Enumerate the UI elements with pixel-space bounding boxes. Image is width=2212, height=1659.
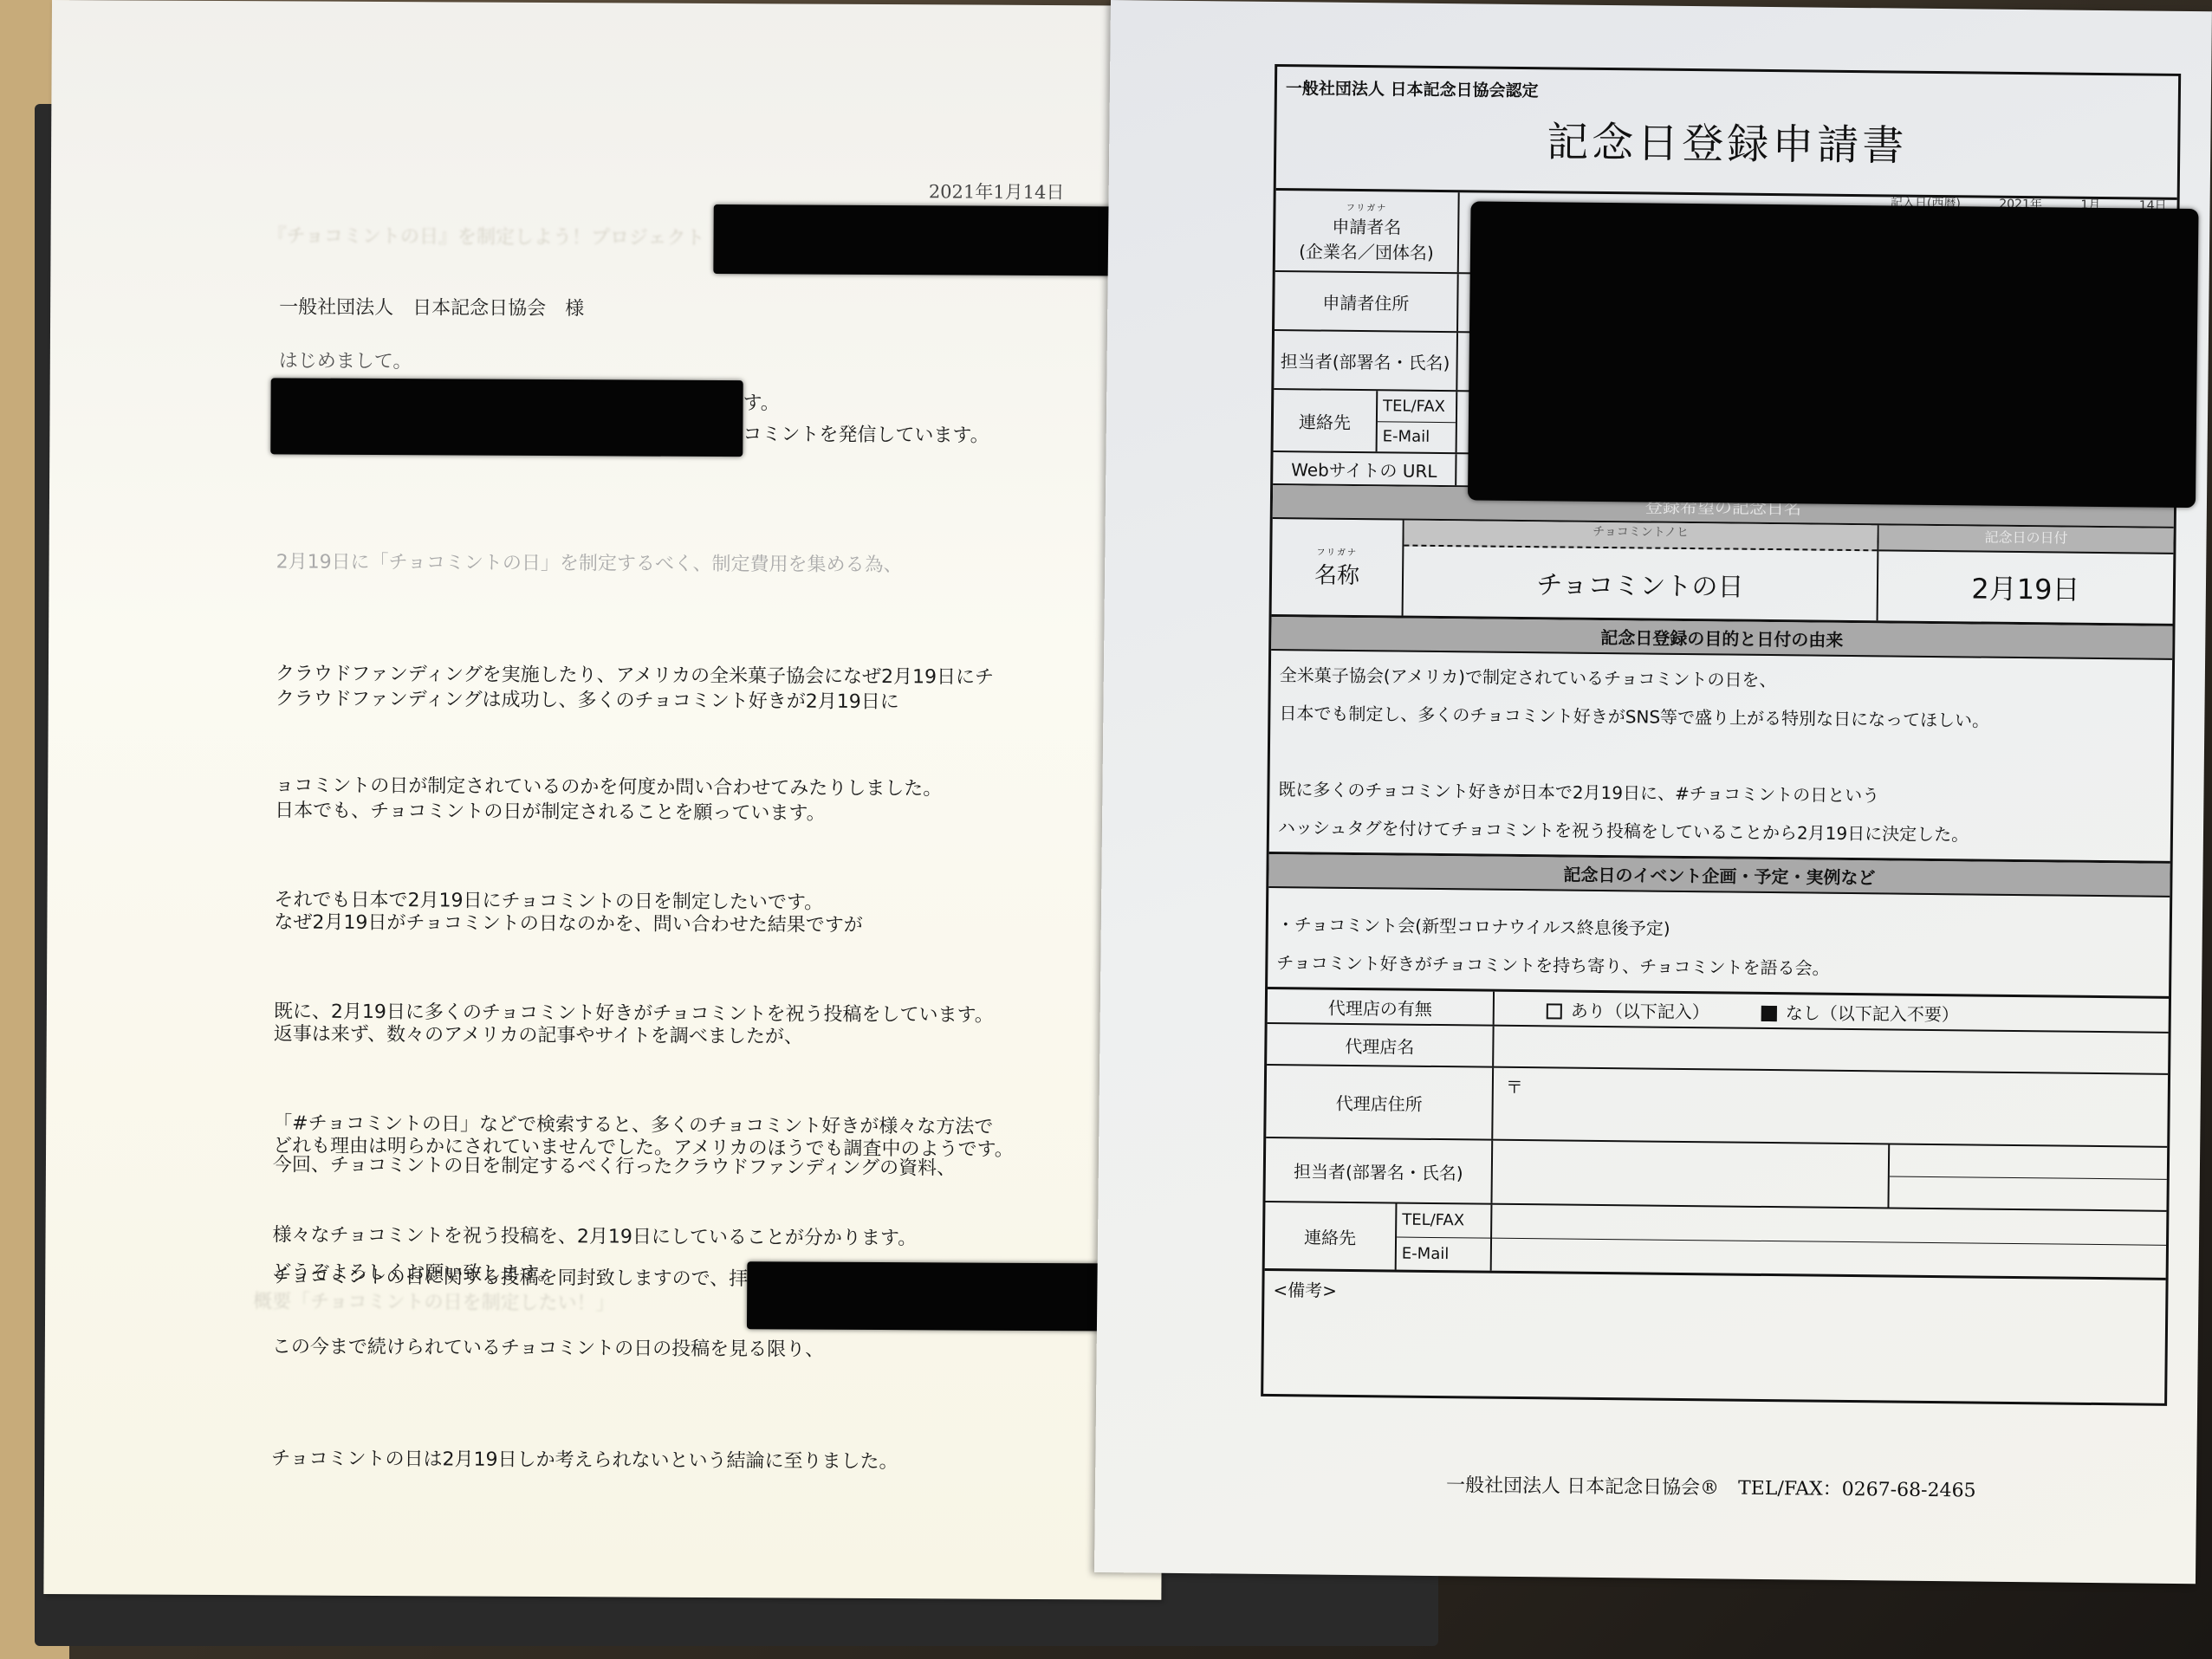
agency-address-field[interactable]: 〒	[1493, 1068, 2168, 1146]
anniversary-name: チョコミントの日	[1404, 547, 1878, 621]
applicant-name-label: フリガナ 申請者名 (企業名／団体名)	[1275, 191, 1460, 272]
letter-line: クラウドファンディングは成功し、多くのチョコミント好きが2月19日に	[276, 680, 1016, 721]
letter-line: それでも日本で2月19日にチョコミントの日を制定したいです。	[274, 881, 994, 922]
redaction-block	[747, 1261, 1137, 1331]
agency-contact-person-row: 担当者(部署名・氏名)	[1265, 1138, 2167, 1212]
agency-no-checkbox[interactable]: なし（以下記入不要）	[1761, 998, 1959, 1025]
events-text[interactable]: ・チョコミント会(新型コロナウイルス終息後予定) チョコミント好きがチョコミント…	[1268, 888, 2170, 999]
agency-address-label: 代理店住所	[1266, 1066, 1494, 1139]
tel-label: TEL/FAX	[1397, 1204, 1490, 1239]
agency-name-label: 代理店名	[1267, 1024, 1494, 1066]
agency-contact-field[interactable]	[1492, 1205, 2167, 1278]
agency-name-field[interactable]	[1494, 1027, 2168, 1073]
redaction-block	[1468, 201, 2199, 508]
agency-presence-label: 代理店の有無	[1268, 989, 1495, 1025]
remarks-field[interactable]: <備考>	[1263, 1271, 2165, 1403]
letter-line: チョコミントの日は2月19日しか考えられないという結論に至りました。	[271, 1440, 991, 1481]
application-form-sheet: 一般社団法人 日本記念日協会認定 記念日登録申請書 フリガナ 申請者名 (企業名…	[1094, 0, 2212, 1584]
letter-line: 既に、2月19日に多くのチョコミント好きがチョコミントを祝う投稿をしています。	[274, 993, 994, 1034]
remarks-label: <備考>	[1273, 1280, 1337, 1301]
letter-addressee: 一般社団法人 日本記念日協会 様	[279, 292, 584, 321]
anniversary-date-field[interactable]: 記念日の日付 2月19日	[1878, 525, 2174, 624]
email-label: E-Mail	[1397, 1237, 1490, 1271]
web-url-label: Webサイトの URL	[1273, 452, 1456, 485]
agency-contact-person-label: 担当者(部署名・氏名)	[1265, 1138, 1493, 1203]
agency-yes-checkbox[interactable]: あり（以下記入）	[1547, 996, 1709, 1023]
redaction-block	[713, 204, 1129, 276]
form-footer: 一般社団法人 日本記念日協会® TEL/FAX：0267-68-2465	[1446, 1470, 1976, 1502]
applicant-contact-person-label: 担当者(部署名・氏名)	[1274, 331, 1458, 390]
anniversary-name-row: フリガナ 名称 チョコミントノヒ チョコミントの日 記念日の日付 2月19日	[1272, 519, 2174, 626]
tel-label: TEL/FAX	[1378, 391, 1456, 422]
form-org: 一般社団法人 日本記念日協会認定	[1286, 75, 1539, 101]
cover-letter: 『チョコミントの日』を制定しよう！プロジェクト 2021年1月14日 一般社団法…	[43, 0, 1170, 1600]
postal-mark: 〒	[1506, 1073, 1523, 1098]
letter-greeting: はじめまして。	[279, 346, 412, 373]
applicant-contact-sublabels: TEL/FAX E-Mail	[1378, 391, 1458, 452]
anniversary-date: 2月19日	[1878, 551, 2174, 624]
agency-presence-options: あり（以下記入） なし（以下記入不要）	[1495, 992, 2169, 1032]
email-label: E-Mail	[1378, 422, 1456, 452]
redaction-block	[270, 378, 743, 457]
letter-line: 2月19日に「チョコミントの日」を制定するべく、制定費用を集める為、	[276, 543, 994, 584]
show-through-text: 『チョコミントの日』を制定しよう！プロジェクト	[267, 217, 704, 257]
agency-contact-label: 連絡先	[1265, 1202, 1398, 1270]
form-title: 記念日登録申請書	[1276, 106, 2178, 175]
anniversary-name-label: フリガナ 名称	[1272, 519, 1404, 616]
applicant-contact-label: 連絡先	[1274, 390, 1378, 451]
anniversary-date-header: 記念日の日付	[1878, 525, 2173, 554]
applicant-address-label: 申請者住所	[1275, 272, 1459, 331]
agency-contact-sublabels: TEL/FAX E-Mail	[1397, 1204, 1493, 1271]
anniversary-name-field[interactable]: チョコミントノヒ チョコミントの日	[1404, 521, 1879, 621]
letter-date: 2021年1月14日	[929, 178, 1065, 204]
purpose-text[interactable]: 全米菓子協会(アメリカ)で制定されているチョコミントの日を、 日本でも制定し、多…	[1269, 651, 2172, 864]
show-through-text: 概要「チョコミントの日を制定したい！」	[253, 1283, 615, 1322]
agency-contact-row: 連絡先 TEL/FAX E-Mail	[1265, 1202, 2167, 1280]
agency-contact-person-field[interactable]	[1492, 1141, 2167, 1210]
form-header: 一般社団法人 日本記念日協会認定 記念日登録申請書	[1276, 67, 2178, 200]
intro-fragment: コミントを発信しています。	[743, 416, 989, 454]
unchecked-box-icon	[1547, 1003, 1562, 1019]
agency-address-row: 代理店住所 〒	[1266, 1066, 2168, 1148]
letter-closing: どうぞよろしくお願い致します。	[272, 1179, 557, 1367]
checked-box-icon	[1761, 1006, 1777, 1021]
